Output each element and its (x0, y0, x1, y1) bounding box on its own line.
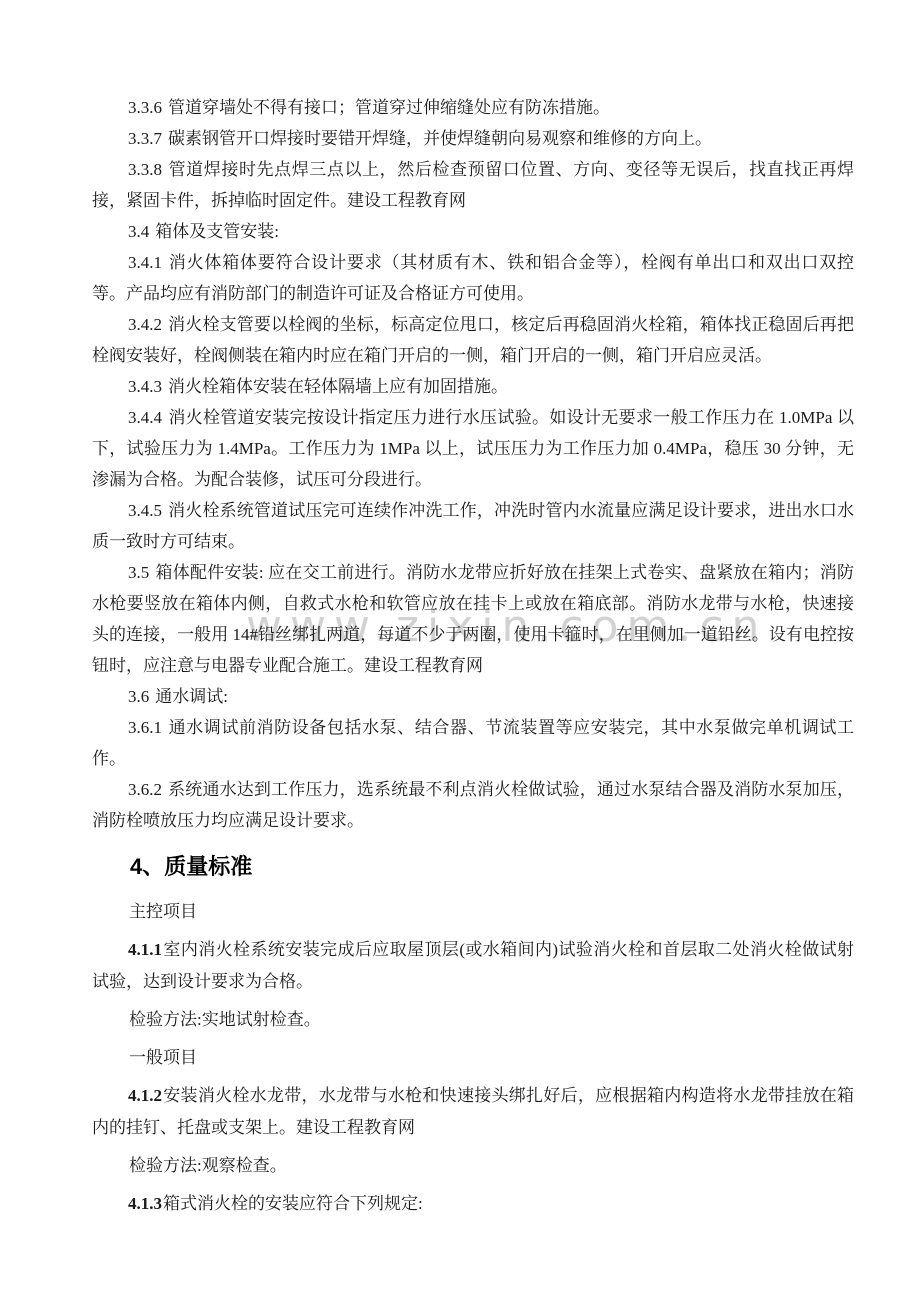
para-number: 3.6.2 (128, 780, 168, 799)
paragraph-3-4-5: 3.4.5消火栓系统管道试压完可连续作冲洗工作，冲洗时管内水流量应满足设计要求，… (92, 495, 854, 557)
para-text: 室内消火栓系统安装完成后应取屋顶层(或水箱间内)试验消火栓和首层取二处消火栓做试… (92, 940, 854, 991)
para-number: 3.4.1 (128, 253, 168, 272)
para-text: 箱体配件安装: 应在交工前进行。消防水龙带应折好放在挂架上式卷实、盘紧放在箱内；… (92, 563, 854, 675)
para-text: 箱式消火栓的安装应符合下列规定: (163, 1194, 423, 1213)
paragraph-3-4-3: 3.4.3消火栓箱体安装在轻体隔墙上应有加固措施。 (92, 371, 854, 402)
para-number: 3.4.3 (128, 377, 168, 396)
document-page: www.zixin.com.cn 3.3.6管道穿墙处不得有接口；管道穿过伸缩缝… (0, 0, 920, 1302)
para-number: 4.1.1 (128, 940, 163, 959)
para-text: 消火体箱体要符合设计要求（其材质有木、铁和铝合金等），栓阀有单出口和双出口双控等… (92, 253, 854, 303)
para-number: 3.6.1 (128, 718, 168, 737)
para-number: 3.3.7 (128, 129, 168, 148)
paragraph-main-control-items: 主控项目 (92, 896, 854, 928)
para-text: 检验方法:实地试射检查。 (129, 1010, 321, 1029)
para-text: 系统通水达到工作压力，选系统最不利点消火栓做试验，通过水泵结合器及消防水泵加压，… (92, 780, 854, 830)
para-text: 通水调试: (155, 687, 228, 706)
paragraph-3-4-1: 3.4.1消火体箱体要符合设计要求（其材质有木、铁和铝合金等），栓阀有单出口和双… (92, 247, 854, 309)
paragraph-3-3-7: 3.3.7碳素钢管开口焊接时要错开焊缝，并使焊缝朝向易观察和维修的方向上。 (92, 123, 854, 154)
paragraph-3-4-2: 3.4.2消火栓支管要以栓阀的坐标，标高定位甩口，核定后再稳固消火栓箱，箱体找正… (92, 309, 854, 371)
paragraph-3-3-6: 3.3.6管道穿墙处不得有接口；管道穿过伸缩缝处应有防冻措施。 (92, 92, 854, 123)
paragraph-3-5: 3.5箱体配件安装: 应在交工前进行。消防水龙带应折好放在挂架上式卷实、盘紧放在… (92, 557, 854, 681)
paragraph-inspection-method-2: 检验方法:观察检查。 (92, 1150, 854, 1182)
para-text: 箱体及支管安装: (155, 222, 279, 241)
paragraph-general-items: 一般项目 (92, 1042, 854, 1074)
para-number: 4.1.2 (128, 1086, 163, 1105)
para-text: 检验方法:观察检查。 (129, 1156, 287, 1175)
paragraph-4-1-1: 4.1.1室内消火栓系统安装完成后应取屋顶层(或水箱间内)试验消火栓和首层取二处… (92, 934, 854, 998)
para-text: 消火栓管道安装完按设计指定压力进行水压试验。如设计无要求一般工作压力在 1.0M… (92, 408, 854, 489)
paragraph-3-6-2: 3.6.2系统通水达到工作压力，选系统最不利点消火栓做试验，通过水泵结合器及消防… (92, 774, 854, 836)
para-text: 消火栓箱体安装在轻体隔墙上应有加固措施。 (168, 377, 508, 396)
para-text: 消火栓系统管道试压完可连续作冲洗工作，冲洗时管内水流量应满足设计要求，进出水口水… (92, 501, 854, 551)
para-number: 3.3.8 (128, 160, 168, 179)
para-text: 碳素钢管开口焊接时要错开焊缝，并使焊缝朝向易观察和维修的方向上。 (168, 129, 712, 148)
paragraph-3-4: 3.4箱体及支管安装: (92, 216, 854, 247)
paragraph-3-3-8: 3.3.8管道焊接时先点焊三点以上，然后检查预留口位置、方向、变径等无误后，找直… (92, 154, 854, 216)
para-text: 通水调试前消防设备包括水泵、结合器、节流装置等应安装完，其中水泵做完单机调试工作… (92, 718, 854, 768)
para-text: 安装消火栓水龙带，水龙带与水枪和快速接头绑扎好后，应根据箱内构造将水龙带挂放在箱… (92, 1086, 854, 1137)
para-text: 消火栓支管要以栓阀的坐标，标高定位甩口，核定后再稳固消火栓箱，箱体找正稳固后再把… (92, 315, 854, 365)
section-4: 主控项目 4.1.1室内消火栓系统安装完成后应取屋顶层(或水箱间内)试验消火栓和… (92, 896, 854, 1220)
paragraph-4-1-3: 4.1.3箱式消火栓的安装应符合下列规定: (92, 1188, 854, 1220)
para-number: 3.4.4 (128, 408, 168, 427)
para-text: 管道穿墙处不得有接口；管道穿过伸缩缝处应有防冻措施。 (168, 98, 610, 117)
para-number: 4.1.3 (128, 1194, 163, 1213)
document-body: 3.3.6管道穿墙处不得有接口；管道穿过伸缩缝处应有防冻措施。 3.3.7碳素钢… (92, 92, 854, 1226)
section-4-heading: 4、质量标准 (92, 850, 854, 884)
para-text: 管道焊接时先点焊三点以上，然后检查预留口位置、方向、变径等无误后，找直找正再焊接… (92, 160, 854, 210)
paragraph-inspection-method-1: 检验方法:实地试射检查。 (92, 1004, 854, 1036)
paragraph-3-6: 3.6通水调试: (92, 681, 854, 712)
para-text: 一般项目 (129, 1048, 197, 1067)
section-3: 3.3.6管道穿墙处不得有接口；管道穿过伸缩缝处应有防冻措施。 3.3.7碳素钢… (92, 92, 854, 836)
para-number: 3.4.2 (128, 315, 168, 334)
para-number: 3.4.5 (128, 501, 168, 520)
paragraph-4-1-2: 4.1.2安装消火栓水龙带，水龙带与水枪和快速接头绑扎好后，应根据箱内构造将水龙… (92, 1080, 854, 1144)
paragraph-3-6-1: 3.6.1通水调试前消防设备包括水泵、结合器、节流装置等应安装完，其中水泵做完单… (92, 712, 854, 774)
para-number: 3.5 (128, 563, 155, 582)
paragraph-3-4-4: 3.4.4消火栓管道安装完按设计指定压力进行水压试验。如设计无要求一般工作压力在… (92, 402, 854, 495)
para-number: 3.3.6 (128, 98, 168, 117)
para-number: 3.4 (128, 222, 155, 241)
para-text: 主控项目 (129, 902, 197, 921)
para-number: 3.6 (128, 687, 155, 706)
